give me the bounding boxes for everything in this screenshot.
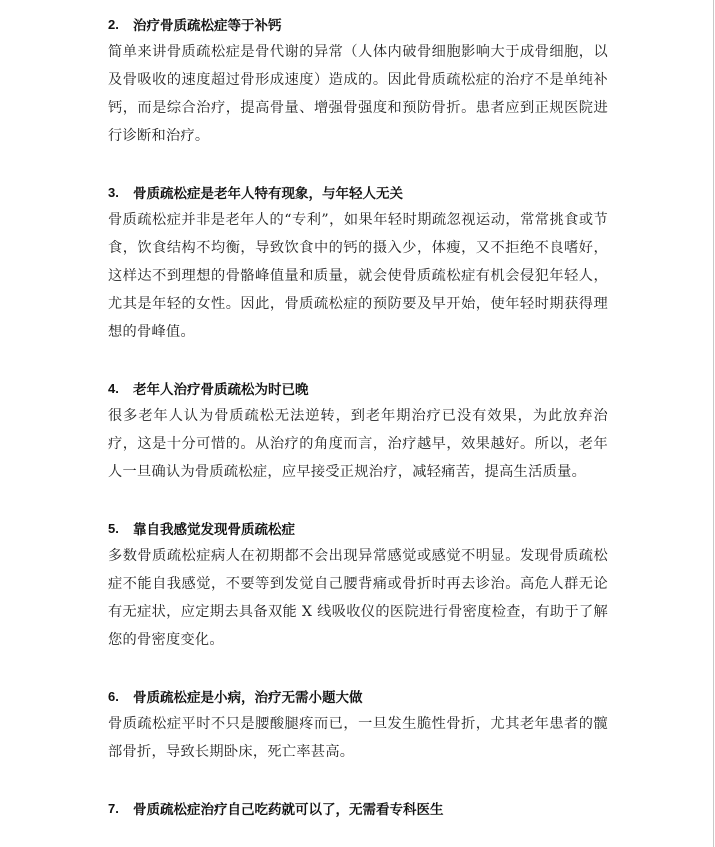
section-6: 6. 骨质疏松症是小病，治疗无需小题大做 骨质疏松症平时不只是腰酸腿疼而已，一旦…: [108, 682, 608, 766]
section-heading: 3. 骨质疏松症是老年人特有现象，与年轻人无关: [108, 178, 608, 206]
section-title: 骨质疏松症是老年人特有现象，与年轻人无关: [133, 182, 403, 202]
section-title: 骨质疏松症治疗自己吃药就可以了，无需看专科医生: [133, 798, 444, 818]
section-2: 2. 治疗骨质疏松症等于补钙 简单来讲骨质疏松症是骨代谢的异常（人体内破骨细胞影…: [108, 10, 608, 150]
section-heading: 5. 靠自我感觉发现骨质疏松症: [108, 514, 608, 542]
section-3: 3. 骨质疏松症是老年人特有现象，与年轻人无关 骨质疏松症并非是老年人的“专利”…: [108, 178, 608, 346]
paragraph-gap: [108, 766, 608, 794]
section-body: 多数骨质疏松症病人在初期都不会出现异常感觉或感觉不明显。发现骨质疏松症不能自我感…: [108, 542, 608, 654]
document-page: 2. 治疗骨质疏松症等于补钙 简单来讲骨质疏松症是骨代谢的异常（人体内破骨细胞影…: [0, 0, 714, 847]
section-number: 7.: [108, 801, 133, 816]
section-5: 5. 靠自我感觉发现骨质疏松症 多数骨质疏松症病人在初期都不会出现异常感觉或感觉…: [108, 514, 608, 654]
document-content: 2. 治疗骨质疏松症等于补钙 简单来讲骨质疏松症是骨代谢的异常（人体内破骨细胞影…: [108, 10, 608, 822]
section-number: 6.: [108, 689, 133, 704]
section-7: 7. 骨质疏松症治疗自己吃药就可以了，无需看专科医生: [108, 794, 608, 822]
section-number: 3.: [108, 185, 133, 200]
paragraph-gap: [108, 150, 608, 178]
paragraph-gap: [108, 654, 608, 682]
section-title: 骨质疏松症是小病，治疗无需小题大做: [133, 686, 363, 706]
section-body: 骨质疏松症平时不只是腰酸腿疼而已，一旦发生脆性骨折，尤其老年患者的髋部骨折，导致…: [108, 710, 608, 766]
section-number: 5.: [108, 521, 133, 536]
section-heading: 7. 骨质疏松症治疗自己吃药就可以了，无需看专科医生: [108, 794, 608, 822]
paragraph-gap: [108, 346, 608, 374]
section-heading: 4. 老年人治疗骨质疏松为时已晚: [108, 374, 608, 402]
section-body: 简单来讲骨质疏松症是骨代谢的异常（人体内破骨细胞影响大于成骨细胞，以及骨吸收的速…: [108, 38, 608, 150]
section-number: 4.: [108, 381, 133, 396]
section-heading: 6. 骨质疏松症是小病，治疗无需小题大做: [108, 682, 608, 710]
section-title: 靠自我感觉发现骨质疏松症: [133, 518, 295, 538]
section-title: 老年人治疗骨质疏松为时已晚: [133, 378, 309, 398]
section-4: 4. 老年人治疗骨质疏松为时已晚 很多老年人认为骨质疏松无法逆转，到老年期治疗已…: [108, 374, 608, 486]
section-heading: 2. 治疗骨质疏松症等于补钙: [108, 10, 608, 38]
section-body: 骨质疏松症并非是老年人的“专利”，如果年轻时期疏忽视运动，常常挑食或节食，饮食结…: [108, 206, 608, 346]
paragraph-gap: [108, 486, 608, 514]
section-number: 2.: [108, 17, 133, 32]
section-title: 治疗骨质疏松症等于补钙: [133, 14, 282, 34]
section-body: 很多老年人认为骨质疏松无法逆转，到老年期治疗已没有效果，为此放弃治疗，这是十分可…: [108, 402, 608, 486]
